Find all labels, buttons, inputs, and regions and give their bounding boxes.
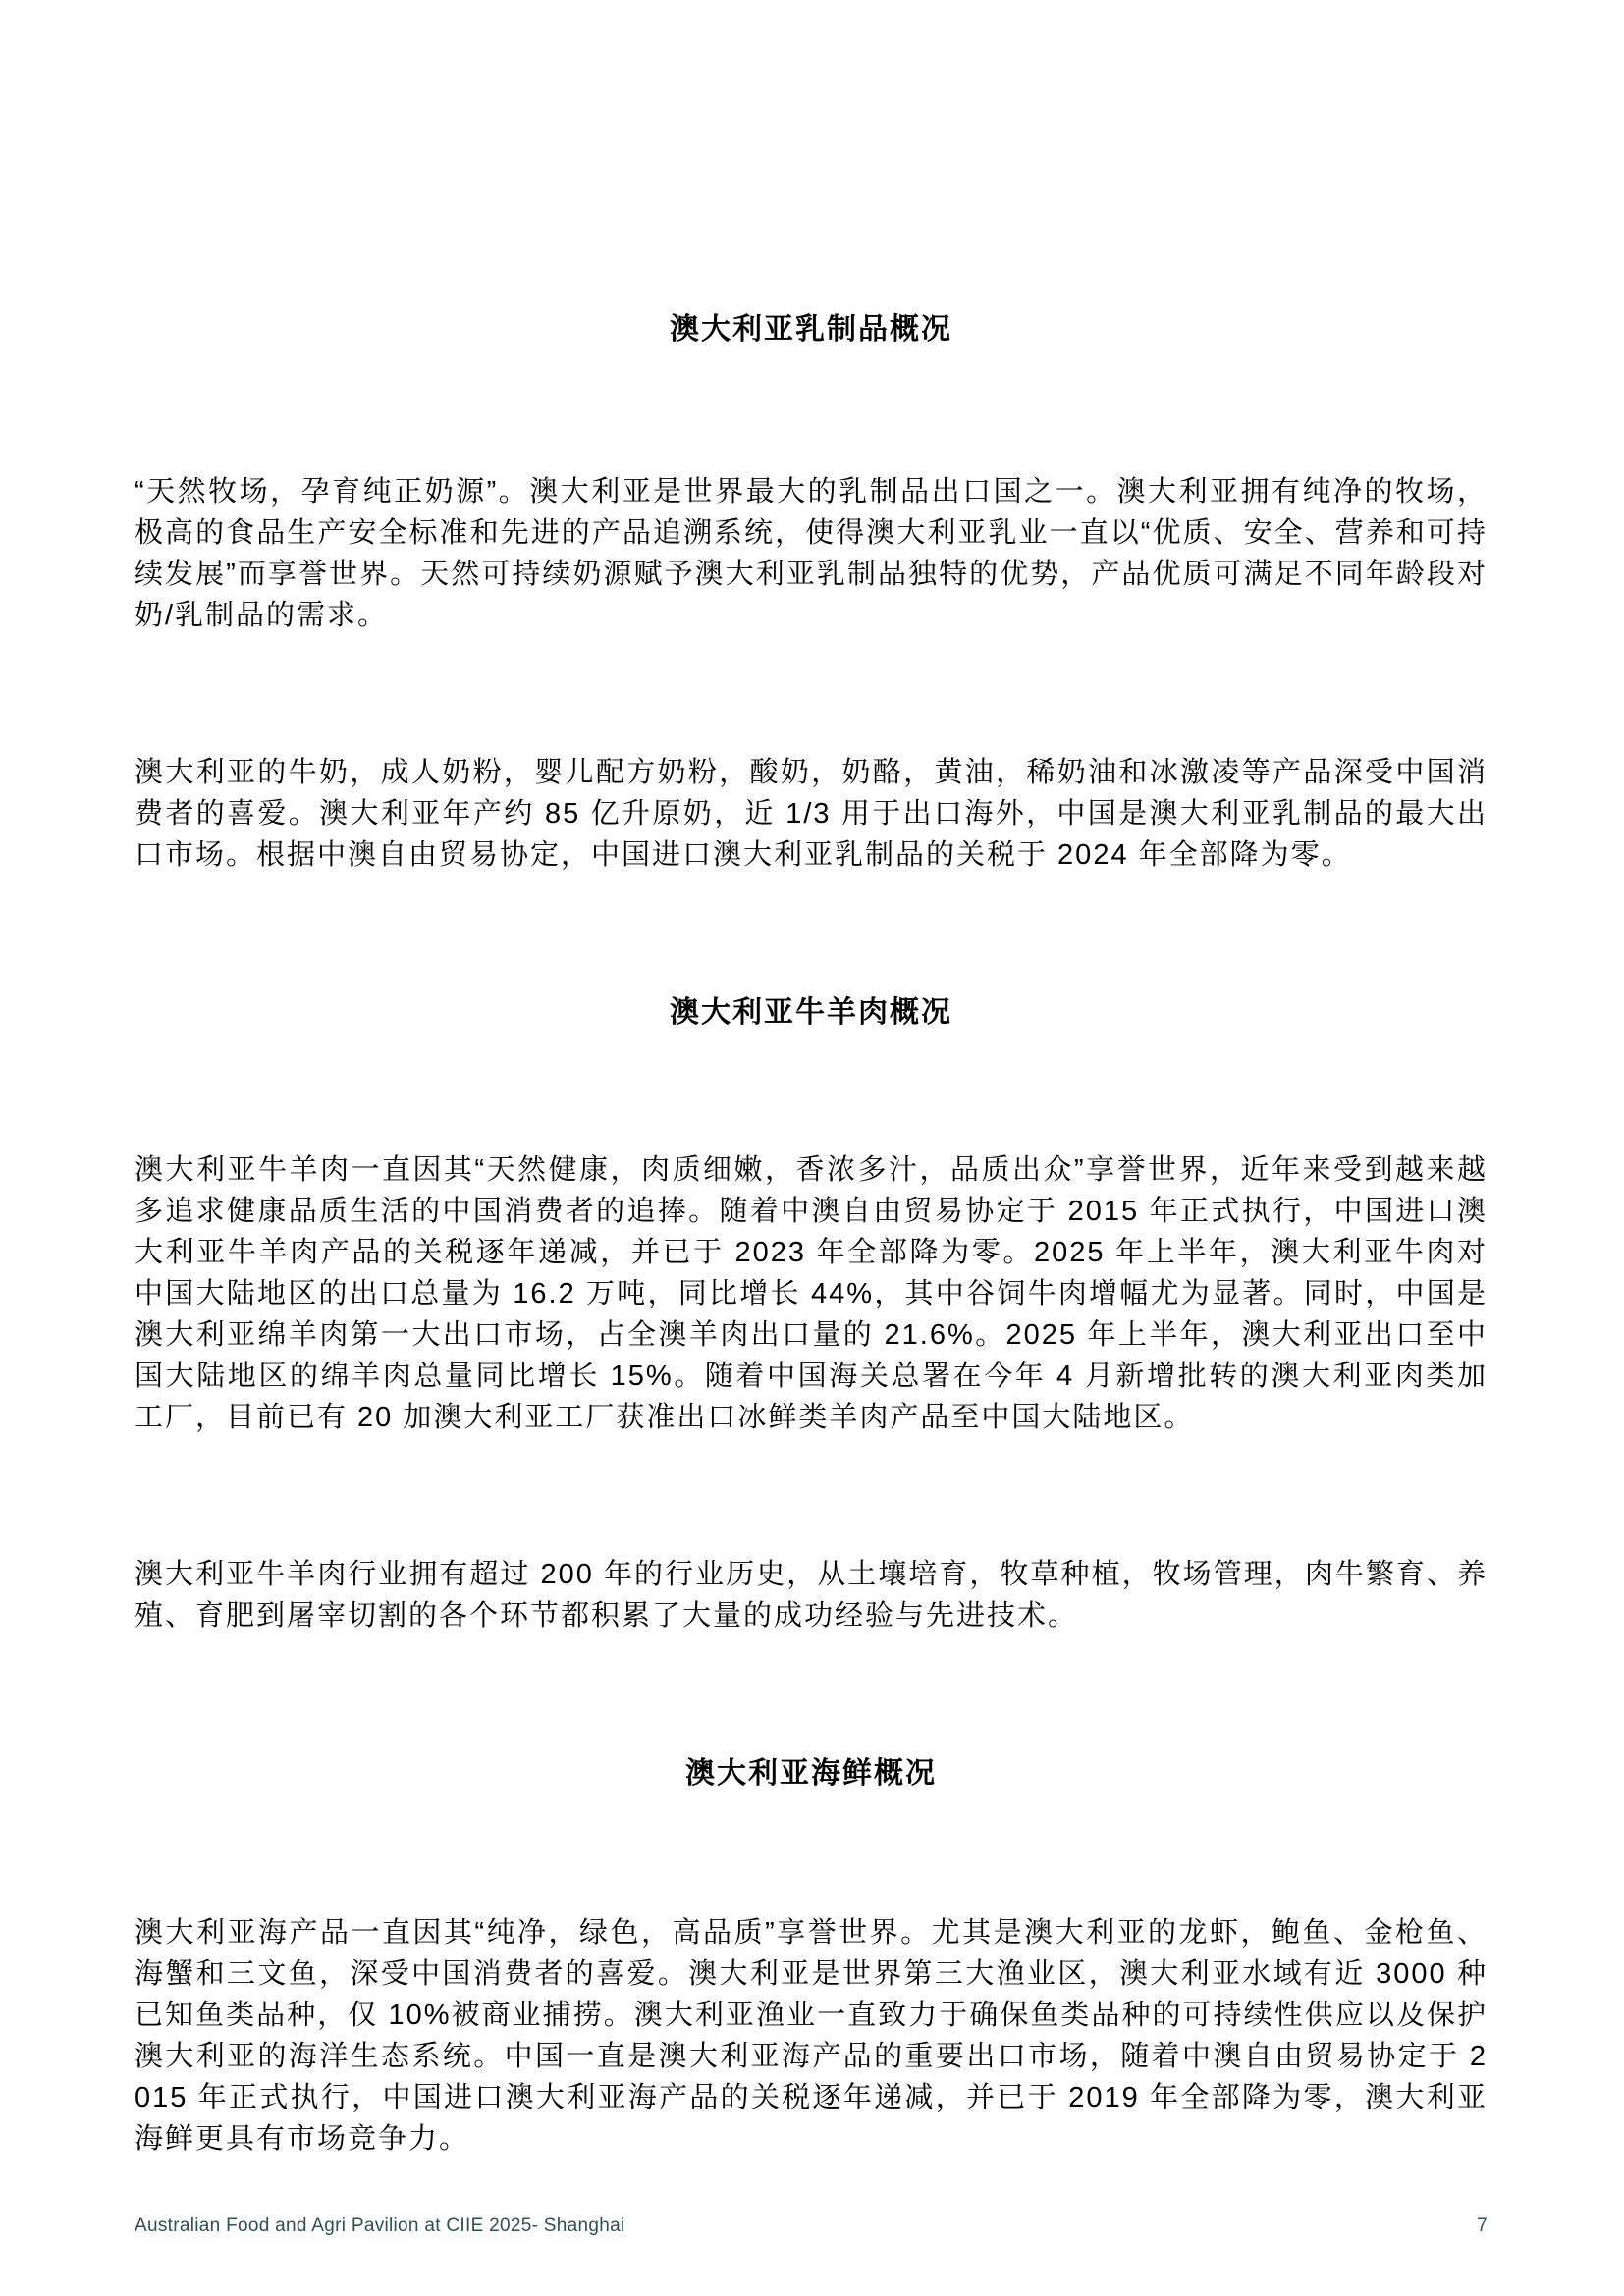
page-footer: Australian Food and Agri Pavilion at CII… [135, 2215, 1488, 2238]
section-heading-seafood: 澳大利亚海鲜概况 [135, 1754, 1488, 1793]
document-page: 澳大利亚乳制品概况 “天然牧场，孕育纯正奶源”。澳大利亚是世界最大的乳制品出口国… [0, 0, 1624, 2296]
page-number: 7 [1477, 2215, 1488, 2238]
dairy-paragraph-1: “天然牧场，孕育纯正奶源”。澳大利亚是世界最大的乳制品出口国之一。澳大利亚拥有纯… [135, 471, 1488, 636]
beef-lamb-paragraph-2: 澳大利亚牛羊肉行业拥有超过 200 年的行业历史，从土壤培育，牧草种植，牧场管理… [135, 1554, 1488, 1636]
footer-document-title: Australian Food and Agri Pavilion at CII… [135, 2215, 625, 2238]
section-heading-beef-lamb: 澳大利亚牛羊肉概况 [135, 993, 1488, 1033]
dairy-paragraph-2: 澳大利亚的牛奶，成人奶粉，婴儿配方奶粉，酸奶，奶酪，黄油，稀奶油和冰激凌等产品深… [135, 752, 1488, 876]
section-heading-dairy: 澳大利亚乳制品概况 [135, 310, 1488, 349]
beef-lamb-paragraph-1: 澳大利亚牛羊肉一直因其“天然健康，肉质细嫩，香浓多汁，品质出众”享誉世界，近年来… [135, 1149, 1488, 1438]
seafood-paragraph-1: 澳大利亚海产品一直因其“纯净，绿色，高品质”享誉世界。尤其是澳大利亚的龙虾，鲍鱼… [135, 1912, 1488, 2160]
